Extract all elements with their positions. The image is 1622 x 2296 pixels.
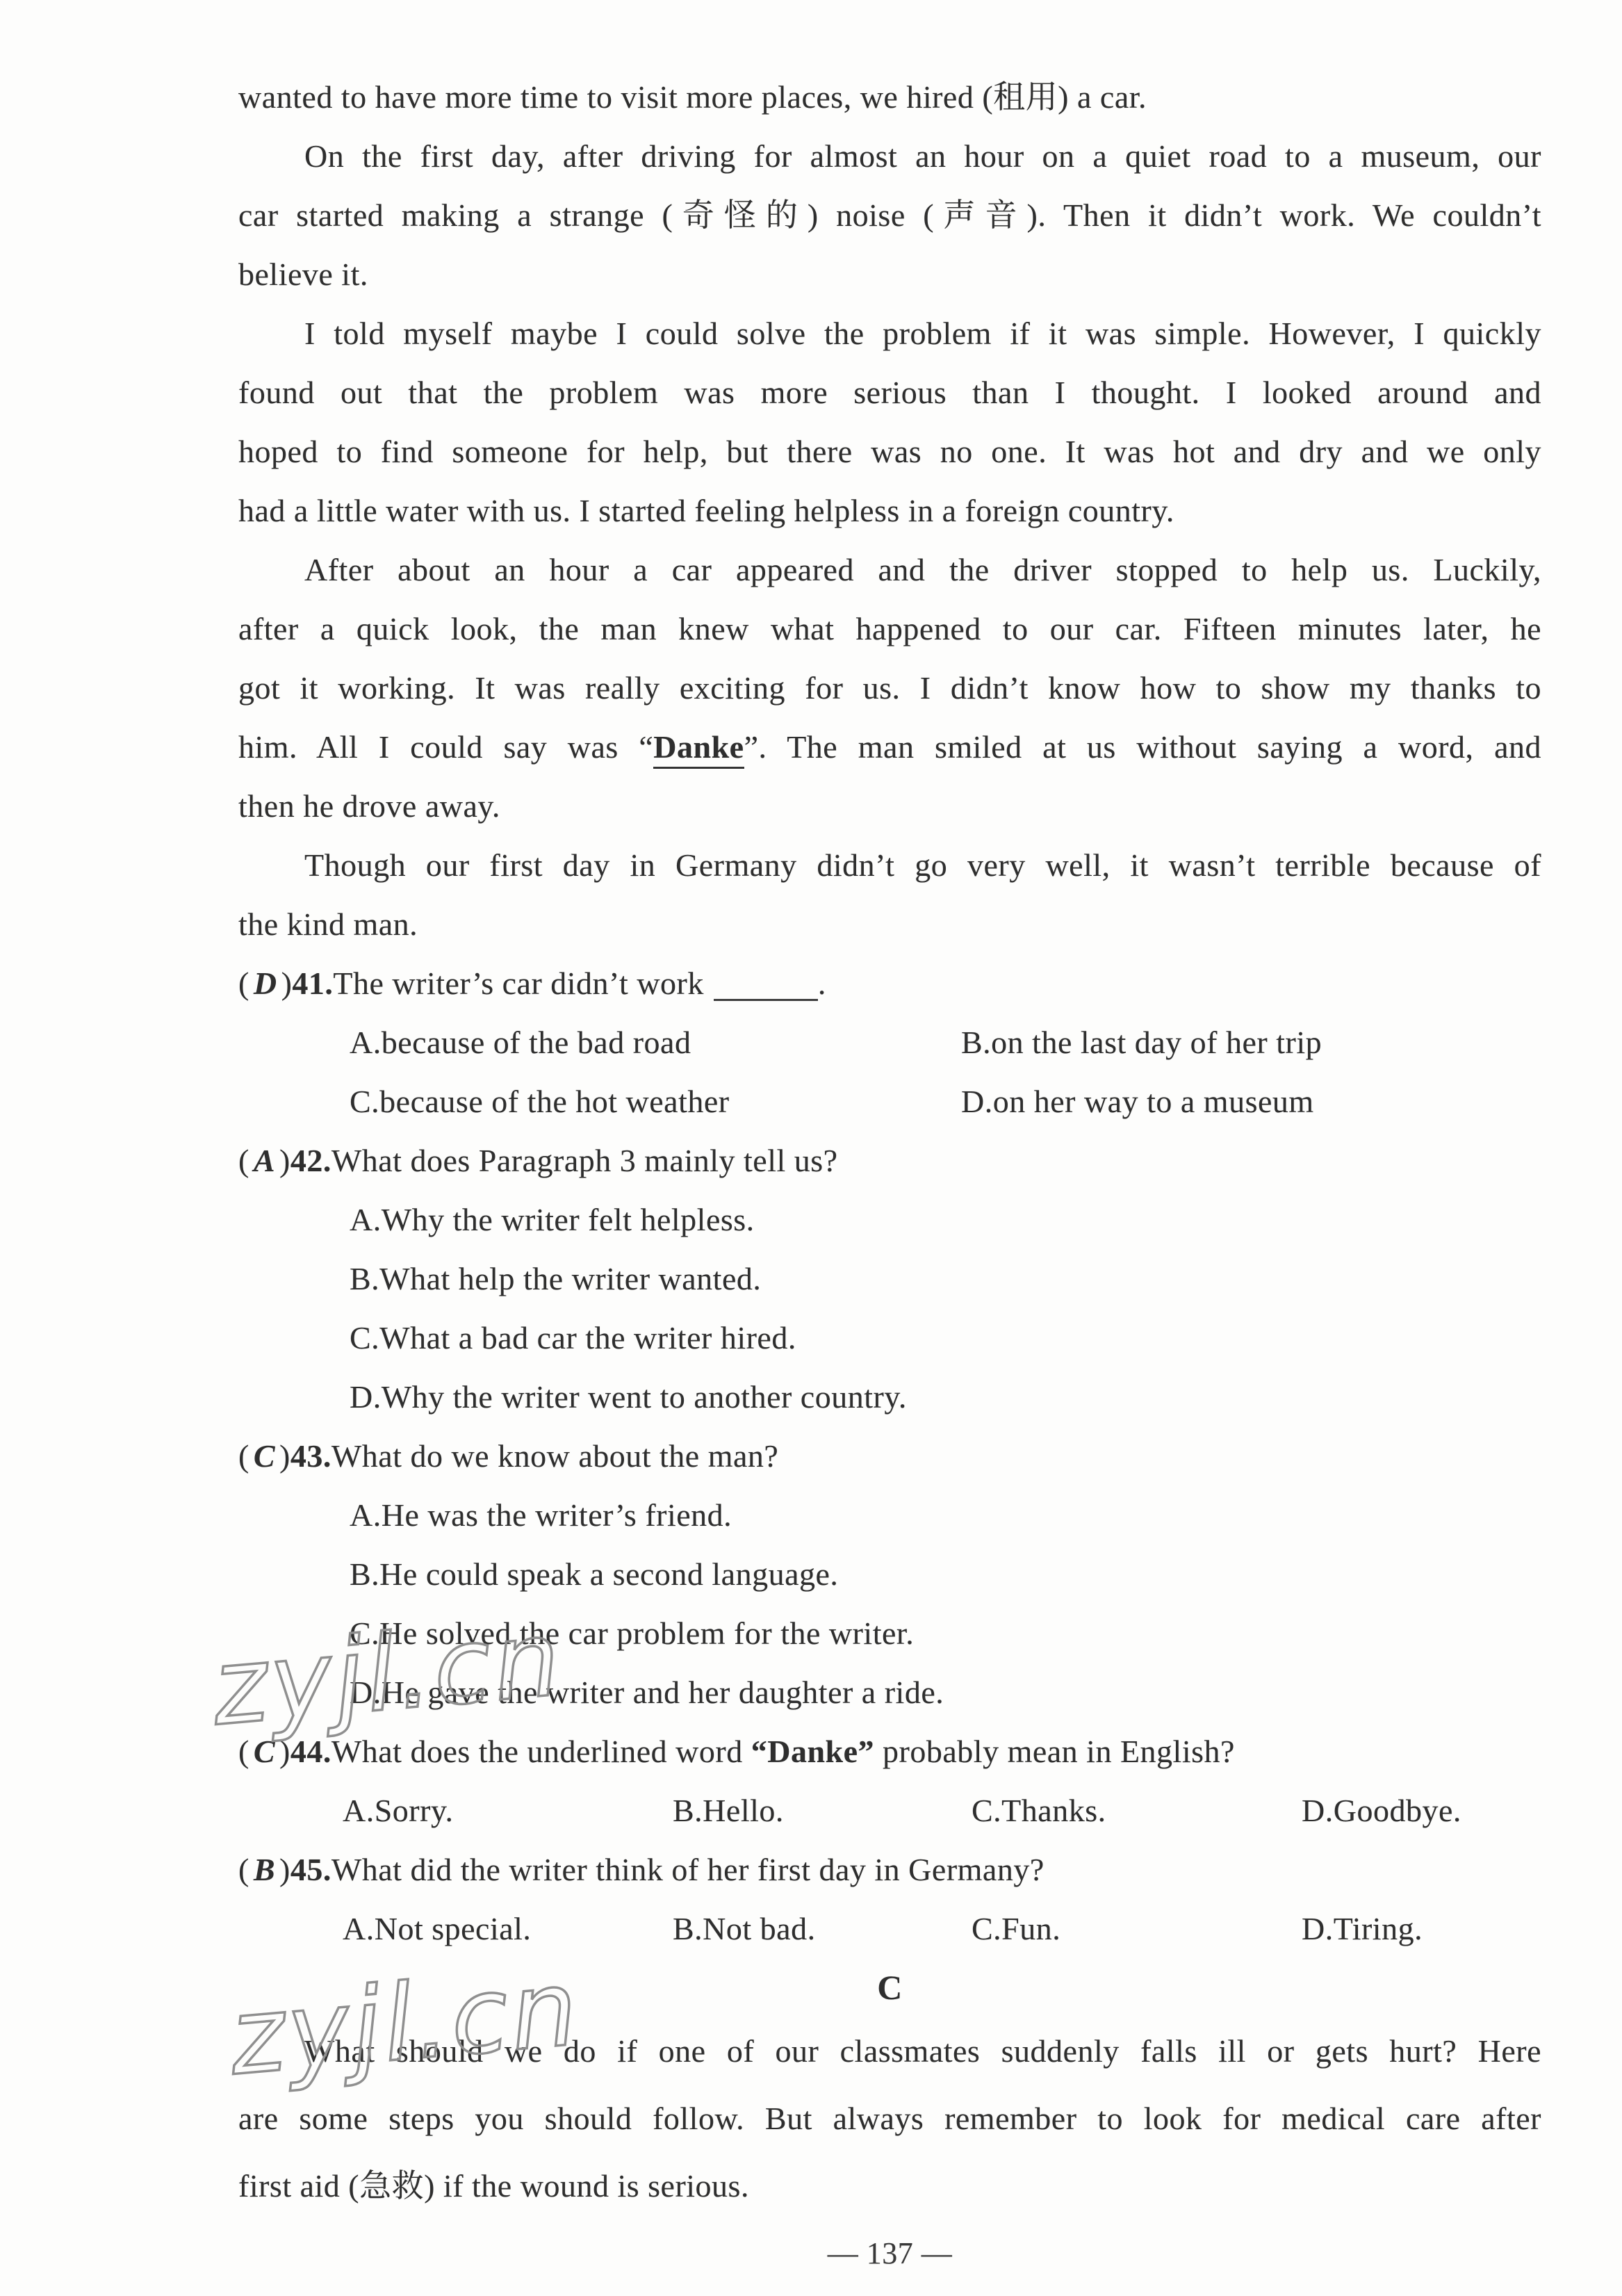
underlined-word-danke: Danke (653, 729, 744, 769)
question-stem: What does the underlined word (331, 1734, 751, 1769)
option-41-d: D.on her way to a museum (961, 1072, 1314, 1131)
passage-line: Though our first day in Germany didn’t g… (238, 836, 1541, 895)
answer-letter: C (249, 1734, 279, 1769)
option-42-d: D.Why the writer went to another country… (238, 1367, 1541, 1426)
question-tail: . (818, 966, 826, 1001)
scanned-workbook-page: wanted to have more time to visit more p… (0, 0, 1622, 2296)
question-number: 45. (290, 1852, 331, 1887)
answer-paren: ( (238, 1438, 249, 1474)
answer-paren: ( (238, 1852, 249, 1887)
question-stem: probably mean in English? (874, 1734, 1235, 1769)
option-44-b: B.Hello. (673, 1781, 784, 1840)
answer-letter: A (249, 1143, 279, 1178)
passage-line: believe it. (238, 245, 1541, 304)
passage-line: are some steps you should follow. But al… (238, 2085, 1541, 2152)
answer-paren: ) (279, 1852, 290, 1887)
option-41-a: A.because of the bad road (350, 1013, 691, 1072)
option-45-c: C.Fun. (972, 1899, 1060, 1958)
question-stem-danke: “Danke” (751, 1734, 874, 1769)
question-stem: What did the writer think of her first d… (331, 1852, 1045, 1887)
passage-text: ”. The man smiled at us without saying a… (744, 729, 1541, 765)
passage-line: After about an hour a car appeared and t… (238, 540, 1541, 599)
passage-line: first aid (急救) if the wound is serious. (238, 2152, 1541, 2220)
answer-letter: C (249, 1438, 279, 1474)
answer-paren: ) (279, 1143, 290, 1178)
options-row: C.because of the hot weatherD.on her way… (238, 1072, 1541, 1131)
option-45-a: A.Not special. (343, 1899, 531, 1958)
answer-paren: ) (281, 966, 293, 1001)
option-43-c: C.He solved the car problem for the writ… (238, 1604, 1541, 1663)
passage-line-danke: him. All I could say was “Danke”. The ma… (238, 717, 1541, 776)
passage-line: then he drove away. (238, 776, 1541, 836)
options-row: A.Not special.B.Not bad.C.Fun.D.Tiring. (238, 1899, 1541, 1958)
passage-line: the kind man. (238, 895, 1541, 954)
question-42: (A)42.What does Paragraph 3 mainly tell … (238, 1131, 1541, 1190)
question-41: (D)41.The writer’s car didn’t work. (238, 954, 1541, 1013)
section-c-heading: C (238, 1958, 1541, 2017)
passage-line: hoped to find someone for help, but ther… (238, 422, 1541, 481)
answer-blank (714, 971, 818, 1001)
question-stem: What does Paragraph 3 mainly tell us? (331, 1143, 838, 1178)
answer-paren: ( (238, 1734, 249, 1769)
options-row: A.Sorry.B.Hello.C.Thanks.D.Goodbye. (238, 1781, 1541, 1840)
option-45-d: D.Tiring. (1302, 1899, 1423, 1958)
answer-letter: D (249, 966, 281, 1001)
option-42-a: A.Why the writer felt helpless. (238, 1190, 1541, 1249)
passage-line: got it working. It was really exciting f… (238, 658, 1541, 717)
options-row: A.because of the bad roadB.on the last d… (238, 1013, 1541, 1072)
passage-line: car started making a strange (奇怪的) noise… (238, 186, 1541, 245)
answer-letter: B (249, 1852, 279, 1887)
text-column: wanted to have more time to visit more p… (238, 0, 1541, 2287)
option-43-b: B.He could speak a second language. (238, 1545, 1541, 1604)
option-41-c: C.because of the hot weather (350, 1072, 730, 1131)
passage-line: wanted to have more time to visit more p… (238, 67, 1541, 127)
option-41-b: B.on the last day of her trip (961, 1013, 1322, 1072)
question-number: 43. (290, 1438, 331, 1474)
option-42-c: C.What a bad car the writer hired. (238, 1308, 1541, 1367)
passage-text: him. All I could say was “ (238, 729, 653, 765)
option-44-d: D.Goodbye. (1302, 1781, 1461, 1840)
answer-paren: ) (279, 1734, 290, 1769)
option-45-b: B.Not bad. (673, 1899, 816, 1958)
question-43: (C)43.What do we know about the man? (238, 1426, 1541, 1485)
option-42-b: B.What help the writer wanted. (238, 1249, 1541, 1308)
question-44: (C)44.What does the underlined word “Dan… (238, 1722, 1541, 1781)
question-number: 41. (292, 966, 333, 1001)
passage-line: I told myself maybe I could solve the pr… (238, 304, 1541, 363)
question-number: 44. (290, 1734, 331, 1769)
passage-line: On the first day, after driving for almo… (238, 127, 1541, 186)
option-43-d: D.He gave the writer and her daughter a … (238, 1663, 1541, 1722)
option-44-c: C.Thanks. (972, 1781, 1106, 1840)
answer-paren: ) (279, 1438, 290, 1474)
answer-paren: ( (238, 966, 249, 1001)
option-43-a: A.He was the writer’s friend. (238, 1485, 1541, 1545)
question-45: (B)45.What did the writer think of her f… (238, 1840, 1541, 1899)
passage-line: had a little water with us. I started fe… (238, 481, 1541, 540)
question-stem: What do we know about the man? (331, 1438, 778, 1474)
passage-line: What should we do if one of our classmat… (238, 2017, 1541, 2085)
question-number: 42. (290, 1143, 331, 1178)
answer-paren: ( (238, 1143, 249, 1178)
question-stem: The writer’s car didn’t work (333, 966, 703, 1001)
passage-line: found out that the problem was more seri… (238, 363, 1541, 422)
option-44-a: A.Sorry. (343, 1781, 453, 1840)
page-number: — 137 — (238, 2220, 1541, 2287)
passage-line: after a quick look, the man knew what ha… (238, 599, 1541, 658)
